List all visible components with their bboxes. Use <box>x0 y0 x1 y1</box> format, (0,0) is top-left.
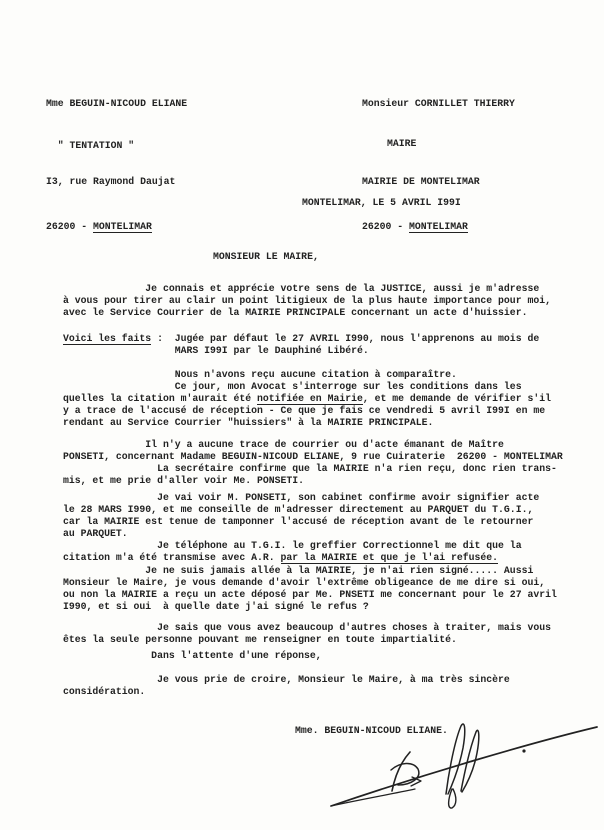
text-line: rendant au Service Courrier "huissiers" … <box>63 417 551 429</box>
text-line: êtes la seule personne pouvant me rensei… <box>63 634 551 646</box>
paragraph-jamais-allee: Je ne suis jamais allée à la MAIRIE, je … <box>63 565 557 613</box>
paragraph-attente-reponse: Dans l'attente d'une réponse, <box>63 650 322 662</box>
text-line: Il n'y a aucune trace de courrier ou d'a… <box>63 439 563 451</box>
text-line: Voici les faits : Jugée par défaut le 27… <box>63 333 539 345</box>
handwritten-signature-icon <box>300 703 604 818</box>
text-line: Nous n'avons reçu aucune citation à comp… <box>63 369 551 381</box>
text-line: I990, et si oui à quelle date j'ai signé… <box>63 601 557 613</box>
text-line: quelles la citation m'aurait été notifié… <box>63 393 551 405</box>
paragraph-voici-les-faits: Voici les faits : Jugée par défaut le 27… <box>63 333 539 357</box>
paragraph-seule-personne: Je sais que vous avez beaucoup d'autres … <box>63 622 551 646</box>
paragraph-aucune-trace: Il n'y a aucune trace de courrier ou d'a… <box>63 439 563 487</box>
paragraph-intro-justice: Je connais et apprécie votre sens de la … <box>63 283 551 319</box>
text-line: mis, et me prie d'aller voir Me. PONSETI… <box>63 475 563 487</box>
text-line: Je téléphone au T.G.I. le greffier Corre… <box>63 540 539 552</box>
text-line: Je sais que vous avez beaucoup d'autres … <box>63 622 551 634</box>
text-line: à vous pour tirer au clair un point liti… <box>63 295 551 307</box>
text-line: La secrétaire confirme que la MAIRIE n'a… <box>63 463 563 475</box>
text-line: ou non la MAIRIE a reçu un acte déposé p… <box>63 589 557 601</box>
text-line: Monsieur le Maire, je vous demande d'avo… <box>63 577 557 589</box>
text-line: Ce jour, mon Avocat s'interroge sur les … <box>63 381 551 393</box>
scanned-letter-page: Mme BEGUIN-NICOUD ELIANE " TENTATION " I… <box>0 0 604 830</box>
text-line: au PARQUET. <box>63 528 539 540</box>
text-line: y a trace de l'accusé de réception - Ce … <box>63 405 551 417</box>
paragraph-citation: Nous n'avons reçu aucune citation à comp… <box>63 369 551 429</box>
text-line: le 28 MARS I990, et me conseille de m'ad… <box>63 504 539 516</box>
paragraph-ponseti-parquet: Je vai voir M. PONSETI, son cabinet conf… <box>63 492 539 564</box>
text-line: Je vai voir M. PONSETI, son cabinet conf… <box>63 492 539 504</box>
text-line: MARS I99I par le Dauphiné Libéré. <box>63 345 539 357</box>
text-line: Je connais et apprécie votre sens de la … <box>63 283 551 295</box>
text-line: avec le Service Courrier de la MAIRIE PR… <box>63 307 551 319</box>
text-line: Je vous prie de croire, Monsieur le Mair… <box>63 674 510 686</box>
text-line: PONSETI, concernant Madame BEGUIN-NICOUD… <box>63 451 563 463</box>
paragraph-formule-politesse: Je vous prie de croire, Monsieur le Mair… <box>63 674 510 698</box>
text-line: car la MAIRIE est tenue de tamponner l'a… <box>63 516 539 528</box>
text-line: considération. <box>63 686 510 698</box>
text-line: Je ne suis jamais allée à la MAIRIE, je … <box>63 565 557 577</box>
text-line: Dans l'attente d'une réponse, <box>63 650 322 662</box>
text-line: citation m'a été transmise avec A.R. par… <box>63 552 539 564</box>
